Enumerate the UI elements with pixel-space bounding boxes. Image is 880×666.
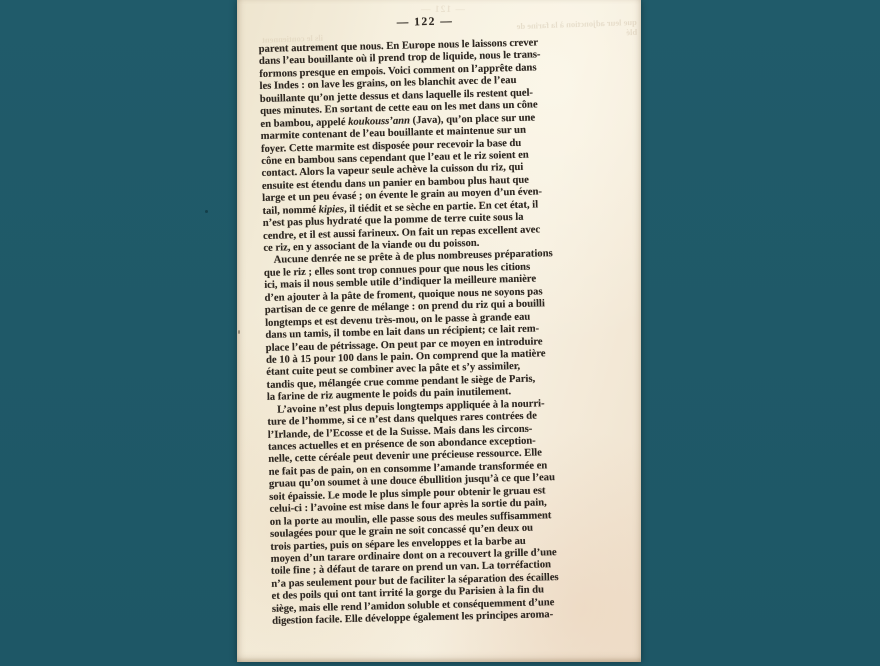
paragraph: L’avoine n’est plus depuis longtemps app… [267, 397, 606, 629]
bleedthrough-page-number: — 121 — [395, 5, 465, 15]
text-segment: (Java), qu’on place sur une [410, 112, 535, 126]
ink-speck [238, 330, 240, 334]
text-segment: tail, nommé [262, 204, 318, 216]
italic-term: koukouss’ann [348, 115, 410, 127]
text-segment: en bambou, appelé [260, 117, 348, 130]
page-number: — 122 — [258, 12, 592, 33]
book-page: — 121 — que leur adjonction à la farine … [237, 0, 641, 662]
paragraph: parent autrement que nous. En Europe nou… [259, 36, 598, 255]
page-paragraphs: parent autrement que nous. En Europe nou… [259, 36, 607, 628]
scan-background: — 121 — que leur adjonction à la farine … [0, 0, 880, 666]
page-text-block: — 122 — parent autrement que nous. En Eu… [258, 12, 606, 628]
italic-term: kipies [319, 204, 345, 216]
scan-speck [205, 210, 208, 213]
paragraph: Aucune denrée ne se prête à de plus nomb… [264, 248, 601, 405]
